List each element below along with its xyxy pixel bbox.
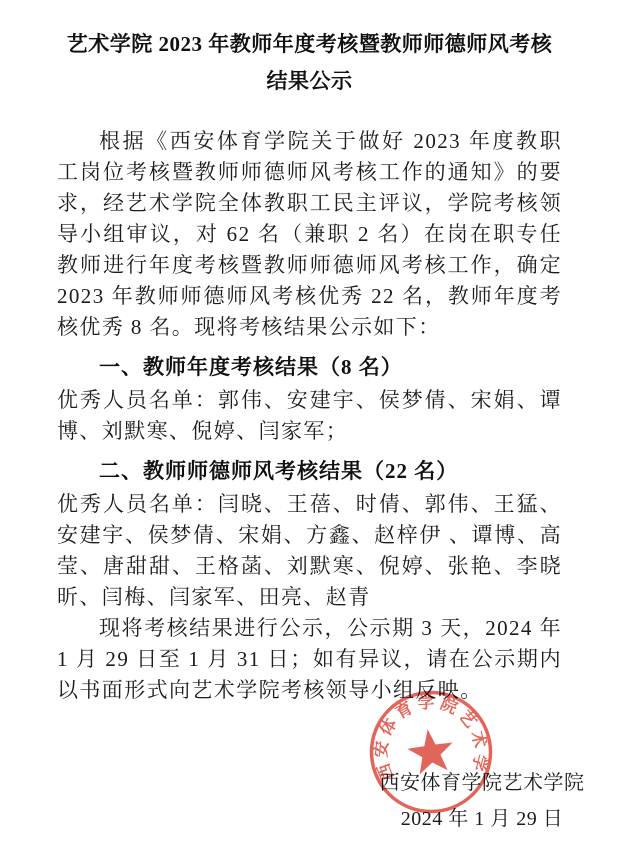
section-2-heading: 二、教师师德师风考核结果（22 名） — [57, 456, 562, 487]
intro-paragraph: 根据《西安体育学院关于做好 2023 年度教职工岗位考核暨教师师德师风考核工作的… — [57, 126, 562, 343]
signature-date: 2024 年 1 月 29 日 — [352, 804, 612, 834]
section-2-name-list: 优秀人员名单：闫晓、王蓓、时倩、郭伟、王猛、安建宇、侯梦倩、宋娟、方鑫、赵梓伊 … — [57, 489, 562, 613]
document-page: 艺术学院 2023 年教师年度考核暨教师师德师风考核结果公示 根据《西安体育学院… — [0, 0, 620, 853]
document-title: 艺术学院 2023 年教师年度考核暨教师师德师风考核结果公示 — [57, 26, 562, 100]
signature-block: 西安体育学院艺术学院 2024 年 1 月 29 日 — [352, 768, 612, 834]
closing-paragraph: 现将考核结果进行公示，公示期 3 天，2024 年 1 月 29 日至 1 月 … — [57, 613, 562, 706]
signature-organization: 西安体育学院艺术学院 — [352, 768, 612, 798]
section-1-heading: 一、教师年度考核结果（8 名） — [57, 352, 562, 383]
section-1-name-list: 优秀人员名单：郭伟、安建宇、侯梦倩、宋娟、谭博、刘默寒、倪婷、闫家军； — [57, 385, 562, 447]
